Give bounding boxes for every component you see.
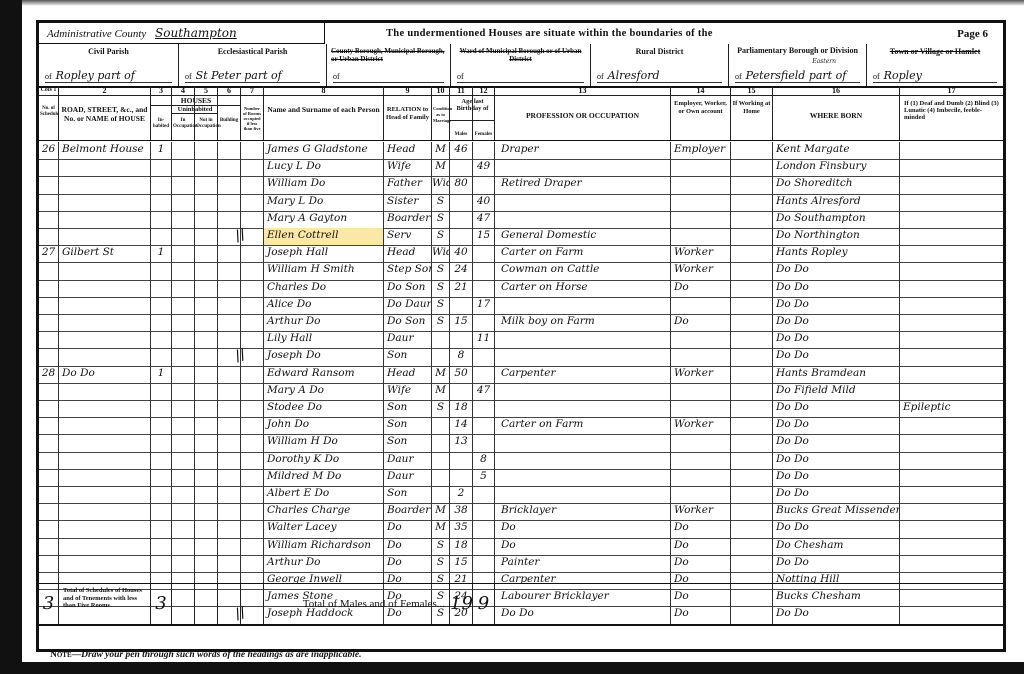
cell-relation: Daur [384, 452, 432, 469]
table-row: Lily HallDaur11Do Do [39, 331, 1003, 349]
cell-age-m: 2 [450, 486, 473, 503]
total-col7 [241, 584, 264, 624]
parliamentary-borough-label: Parliamentary Borough or Division [729, 47, 866, 55]
cell-inhabited [151, 348, 172, 365]
cell-empty [241, 486, 264, 503]
cell-infirmity [900, 503, 1003, 520]
table-row: William DoFatherWid80Retired DraperDo Sh… [39, 176, 1003, 194]
rural-district: Rural District ofAlresford [591, 44, 729, 86]
cell-schedule [39, 469, 59, 486]
cell-age-m [450, 297, 473, 314]
cell-relation: Daur [384, 331, 432, 348]
cell-age-f: 15 [473, 228, 495, 245]
cell-empty [172, 194, 195, 211]
cell-schedule [39, 194, 59, 211]
cell-schedule [39, 348, 59, 365]
cell-schedule: 28 [39, 366, 59, 383]
cell-address [59, 520, 151, 537]
cell-empty [241, 452, 264, 469]
cell-condition: S [432, 280, 450, 297]
cell-age-m: 35 [450, 520, 473, 537]
cell-name: Mary A Gayton [264, 211, 384, 228]
cell-age-f [473, 434, 495, 451]
cell-address [59, 262, 151, 279]
cell-relation: Do Son [384, 314, 432, 331]
cell-age-f [473, 314, 495, 331]
cell-age-m [450, 194, 473, 211]
cell-relation: Do [384, 538, 432, 555]
parliamentary-division-annotation: Eastern [812, 58, 836, 65]
cell-name: Lily Hall [264, 331, 384, 348]
cell-schedule [39, 452, 59, 469]
table-row: Ellen CottrellServS15General DomesticDo … [39, 228, 1003, 246]
cell-employer [671, 297, 731, 314]
cell-empty [241, 262, 264, 279]
cell-address [59, 417, 151, 434]
cell-occupation [495, 469, 671, 486]
cell-name: Mary L Do [264, 194, 384, 211]
cell-born: Do Chesham [773, 538, 900, 555]
cell-infirmity [900, 417, 1003, 434]
cell-born: Do Do [773, 434, 900, 451]
cell-condition: Wid [432, 176, 450, 193]
cell-empty [241, 555, 264, 572]
ecclesiastical-parish: Ecclesiastical Parish ofSt Peter part of [179, 44, 327, 86]
ecclesiastical-parish-label: Ecclesiastical Parish [179, 47, 326, 56]
cell-inhabited [151, 434, 172, 451]
cell-address [59, 159, 151, 176]
cell-occupation [495, 383, 671, 400]
total-col5 [195, 584, 218, 624]
cell-empty [731, 538, 773, 555]
cell-born: Do Southampton [773, 211, 900, 228]
cell-address [59, 314, 151, 331]
col-address-header: 2ROAD, STREET, &c., and No. or NAME of H… [59, 86, 151, 140]
cell-occupation [495, 434, 671, 451]
cell-empty [731, 297, 773, 314]
cell-occupation: General Domestic [495, 228, 671, 245]
col-employer-header: 14Employer, Worker, or Own account [671, 86, 731, 140]
cell-employer [671, 469, 731, 486]
cell-address [59, 228, 151, 245]
cell-condition: M [432, 142, 450, 159]
civil-parish-label: Civil Parish [39, 47, 178, 56]
cell-empty [241, 297, 264, 314]
cell-age-m: 18 [450, 538, 473, 555]
cell-occupation [495, 486, 671, 503]
cell-condition: S [432, 262, 450, 279]
cell-age-m: 18 [450, 400, 473, 417]
cell-address [59, 538, 151, 555]
cell-employer: Worker [671, 262, 731, 279]
cell-born: Do Do [773, 417, 900, 434]
scan-edge-top [22, 0, 1024, 6]
cell-name: William H Smith [264, 262, 384, 279]
cell-occupation: Carpenter [495, 366, 671, 383]
town-village-hamlet: Town or Village or Hamlet ofRopley [867, 44, 1003, 86]
cell-schedule [39, 486, 59, 503]
cell-empty [218, 159, 241, 176]
cell-empty [195, 211, 218, 228]
cell-infirmity [900, 211, 1003, 228]
cell-schedule [39, 520, 59, 537]
cell-employer: Worker [671, 245, 731, 262]
cell-born: Do Do [773, 452, 900, 469]
cell-employer: Worker [671, 503, 731, 520]
cell-relation: Sister [384, 194, 432, 211]
cell-empty [172, 297, 195, 314]
total-houses-inhabited: 3 [151, 584, 172, 624]
cell-empty [731, 400, 773, 417]
table-row: Mary A GaytonBoarderS47Do Southampton [39, 211, 1003, 229]
cell-empty [218, 538, 241, 555]
cell-condition: M [432, 503, 450, 520]
cell-empty [195, 262, 218, 279]
cell-name: Stodee Do [264, 400, 384, 417]
table-row: Mary L DoSisterS40Hants Alresford [39, 194, 1003, 212]
cell-condition [432, 469, 450, 486]
total-females: 9 [473, 584, 495, 624]
cell-relation: Head [384, 245, 432, 262]
cell-inhabited [151, 486, 172, 503]
cell-empty [731, 211, 773, 228]
col-relation-header: 9RELATION to Head of Family [384, 86, 432, 140]
cell-infirmity [900, 228, 1003, 245]
cell-empty [218, 280, 241, 297]
cell-schedule [39, 159, 59, 176]
cell-employer [671, 176, 731, 193]
cell-address [59, 297, 151, 314]
cell-inhabited [151, 452, 172, 469]
cell-empty [172, 348, 195, 365]
table-row: Arthur DoDoS15PainterDoDo Do [39, 555, 1003, 573]
cell-schedule [39, 297, 59, 314]
cell-infirmity [900, 176, 1003, 193]
cell-age-m [450, 211, 473, 228]
cell-relation: Head [384, 366, 432, 383]
cell-age-f [473, 142, 495, 159]
cell-empty [241, 245, 264, 262]
cell-inhabited [151, 331, 172, 348]
table-row: Mary A DoWifeM47Do Fifield Mild [39, 383, 1003, 401]
cell-empty [172, 159, 195, 176]
cell-schedule [39, 417, 59, 434]
cell-occupation [495, 348, 671, 365]
total-schedules-label: Total of Schedules of Houses and of Tene… [59, 584, 151, 624]
cell-empty [241, 520, 264, 537]
cell-condition [432, 434, 450, 451]
cell-schedule [39, 228, 59, 245]
houses-group-label: HOUSES [151, 96, 241, 106]
cell-inhabited [151, 538, 172, 555]
cell-employer [671, 348, 731, 365]
col-where-born-header: 16WHERE BORN [773, 86, 900, 140]
cell-empty [172, 280, 195, 297]
cell-condition: M [432, 383, 450, 400]
cell-employer [671, 434, 731, 451]
cell-name: John Do [264, 417, 384, 434]
cell-infirmity: Epileptic [900, 400, 1003, 417]
cell-empty [195, 520, 218, 537]
cell-condition [432, 348, 450, 365]
administrative-county: Administrative County Southampton [39, 23, 325, 44]
cell-condition: S [432, 211, 450, 228]
table-row: William H SmithStep SonS24Cowman on Catt… [39, 262, 1003, 280]
cell-empty [195, 297, 218, 314]
cell-relation: Son [384, 434, 432, 451]
cell-empty [218, 194, 241, 211]
cell-schedule [39, 176, 59, 193]
cell-empty [731, 228, 773, 245]
cell-age-f [473, 366, 495, 383]
cell-name: Albert E Do [264, 486, 384, 503]
cell-age-m: 15 [450, 314, 473, 331]
cell-employer [671, 486, 731, 503]
cell-empty [731, 366, 773, 383]
cell-condition [432, 452, 450, 469]
cell-occupation [495, 159, 671, 176]
cell-age-m: 46 [450, 142, 473, 159]
cell-empty [731, 452, 773, 469]
cell-born: Hants Ropley [773, 245, 900, 262]
cell-occupation: Bricklayer [495, 503, 671, 520]
cell-empty [731, 331, 773, 348]
cell-relation: Son [384, 400, 432, 417]
cell-empty [195, 176, 218, 193]
table-row: Dorothy K DoDaur8Do Do [39, 452, 1003, 470]
cell-infirmity [900, 538, 1003, 555]
cell-condition [432, 417, 450, 434]
cell-born: Do Do [773, 262, 900, 279]
cell-condition [432, 486, 450, 503]
cell-empty [218, 469, 241, 486]
cell-empty [172, 245, 195, 262]
cell-empty [172, 503, 195, 520]
cell-name: Joseph Hall [264, 245, 384, 262]
ward-label: Ward of Municipal Borough or of Urban Di… [451, 47, 590, 63]
cell-age-f [473, 503, 495, 520]
cell-occupation: Draper [495, 142, 671, 159]
cell-address [59, 486, 151, 503]
cell-empty [195, 228, 218, 245]
cell-age-f [473, 417, 495, 434]
cell-empty [172, 452, 195, 469]
cell-name: Arthur Do [264, 314, 384, 331]
ecclesiastical-parish-value: ofSt Peter part of [185, 69, 320, 83]
cell-age-m [450, 159, 473, 176]
cell-name: Dorothy K Do [264, 452, 384, 469]
division-row: Civil Parish ofRopley part of Ecclesiast… [39, 44, 1003, 88]
cell-occupation: Carter on Farm [495, 417, 671, 434]
cell-address: Belmont House [59, 142, 151, 159]
cell-age-f: 11 [473, 331, 495, 348]
cell-empty [195, 314, 218, 331]
cell-infirmity [900, 314, 1003, 331]
cell-employer [671, 331, 731, 348]
cell-empty [731, 469, 773, 486]
cell-schedule [39, 555, 59, 572]
cell-address: Do Do [59, 366, 151, 383]
cell-empty [172, 400, 195, 417]
cell-born: Do Fifield Mild [773, 383, 900, 400]
cell-age-m: 21 [450, 280, 473, 297]
col-name-header: 8Name and Surname of each Person [264, 86, 384, 140]
cell-empty [172, 520, 195, 537]
cell-schedule [39, 211, 59, 228]
cell-condition: Wid [432, 245, 450, 262]
cell-infirmity [900, 452, 1003, 469]
cell-relation: Son [384, 348, 432, 365]
cell-infirmity [900, 434, 1003, 451]
cell-address [59, 194, 151, 211]
cell-name: Edward Ransom [264, 366, 384, 383]
cell-empty [172, 314, 195, 331]
cell-infirmity [900, 262, 1003, 279]
county-borough-value: of [333, 69, 444, 83]
cell-empty [195, 555, 218, 572]
cell-condition [432, 331, 450, 348]
cell-name: William Richardson [264, 538, 384, 555]
cell-born: Do Do [773, 331, 900, 348]
cell-employer [671, 228, 731, 245]
cell-schedule [39, 400, 59, 417]
cell-address [59, 555, 151, 572]
cell-address [59, 400, 151, 417]
cell-name: Walter Lacey [264, 520, 384, 537]
cell-empty [241, 159, 264, 176]
cell-relation: Step Son [384, 262, 432, 279]
table-row: 28Do Do1Edward RansomHeadM50CarpenterWor… [39, 366, 1003, 384]
cell-employer [671, 400, 731, 417]
cell-empty [241, 417, 264, 434]
cell-occupation: Painter [495, 555, 671, 572]
table-row: Mildred M DoDaur5Do Do [39, 469, 1003, 487]
cell-schedule [39, 383, 59, 400]
cell-empty [241, 434, 264, 451]
col-schedule-header: Cols 1No. of Schedule [39, 86, 59, 140]
cell-relation: Boarder [384, 503, 432, 520]
cell-empty [241, 280, 264, 297]
cell-empty [172, 262, 195, 279]
cell-empty [241, 400, 264, 417]
cell-empty [195, 159, 218, 176]
cell-address [59, 176, 151, 193]
cell-infirmity [900, 555, 1003, 572]
cell-born: Do Shoreditch [773, 176, 900, 193]
cell-empty [172, 176, 195, 193]
header-top-line: Administrative County Southampton The un… [36, 23, 1006, 44]
cell-relation: Father [384, 176, 432, 193]
cell-employer: Do [671, 520, 731, 537]
cell-condition: S [432, 194, 450, 211]
total-persons-label: Total of Males and of Females... [264, 584, 450, 624]
cell-empty [731, 486, 773, 503]
cell-age-m [450, 331, 473, 348]
cell-age-m: 13 [450, 434, 473, 451]
table-row: William H DoSon13Do Do [39, 434, 1003, 452]
cell-inhabited [151, 555, 172, 572]
cell-address [59, 469, 151, 486]
cell-empty [218, 262, 241, 279]
cell-empty [172, 434, 195, 451]
cell-born: Do Do [773, 486, 900, 503]
table-row: William RichardsonDoS18DoDoDo Chesham [39, 538, 1003, 556]
cell-empty [731, 280, 773, 297]
cell-born: Hants Alresford [773, 194, 900, 211]
cell-empty [172, 486, 195, 503]
cell-age-f: 5 [473, 469, 495, 486]
cell-inhabited [151, 194, 172, 211]
cell-empty [218, 297, 241, 314]
cell-occupation: Cowman on Cattle [495, 262, 671, 279]
cell-occupation [495, 211, 671, 228]
cell-age-f [473, 348, 495, 365]
cell-empty [195, 434, 218, 451]
cell-name: William H Do [264, 434, 384, 451]
cell-empty [731, 434, 773, 451]
table-row: Lucy L DoWifeM49London Finsbury [39, 159, 1003, 177]
cell-age-m [450, 383, 473, 400]
cell-age-f [473, 400, 495, 417]
total-schedules: 3 [39, 584, 59, 624]
col-rooms-header: 7Number of Rooms occupied if less than f… [241, 86, 264, 140]
cell-empty [241, 211, 264, 228]
cell-age-m: 38 [450, 503, 473, 520]
cell-occupation: Retired Draper [495, 176, 671, 193]
cell-empty [195, 142, 218, 159]
cell-age-m: 24 [450, 262, 473, 279]
cell-empty [195, 245, 218, 262]
cell-empty [731, 314, 773, 331]
cell-employer [671, 159, 731, 176]
cell-age-f: 49 [473, 159, 495, 176]
cell-occupation [495, 297, 671, 314]
cell-address [59, 348, 151, 365]
cell-age-f: 47 [473, 211, 495, 228]
table-row: Arthur DoDo SonS15Milk boy on FarmDoDo D… [39, 314, 1003, 332]
cell-infirmity [900, 486, 1003, 503]
cell-schedule [39, 314, 59, 331]
cell-relation: Wife [384, 383, 432, 400]
cell-born: Do Do [773, 348, 900, 365]
cell-born: London Finsbury [773, 159, 900, 176]
footnote: Note—Draw your pen through such words of… [50, 650, 361, 660]
cell-relation: Head [384, 142, 432, 159]
cell-born: Hants Bramdean [773, 366, 900, 383]
uninhabited-group-label: Uninhabited [172, 106, 218, 114]
cell-occupation [495, 331, 671, 348]
cell-relation: Do [384, 520, 432, 537]
cell-condition: M [432, 366, 450, 383]
cell-empty [172, 142, 195, 159]
scan-edge-bottom [0, 662, 1024, 674]
cell-name: Joseph Do [264, 348, 384, 365]
cell-empty [172, 469, 195, 486]
total-col4 [172, 584, 195, 624]
cell-name: William Do [264, 176, 384, 193]
cell-inhabited [151, 417, 172, 434]
cell-empty [731, 348, 773, 365]
cell-empty [241, 142, 264, 159]
col-condition-header: 10Condition as to Marriage [432, 86, 450, 140]
cell-relation: Son [384, 417, 432, 434]
cell-employer: Do [671, 314, 731, 331]
cell-empty [218, 486, 241, 503]
cell-employer [671, 194, 731, 211]
cell-relation: Serv [384, 228, 432, 245]
cell-relation: Daur [384, 469, 432, 486]
cell-empty [731, 503, 773, 520]
